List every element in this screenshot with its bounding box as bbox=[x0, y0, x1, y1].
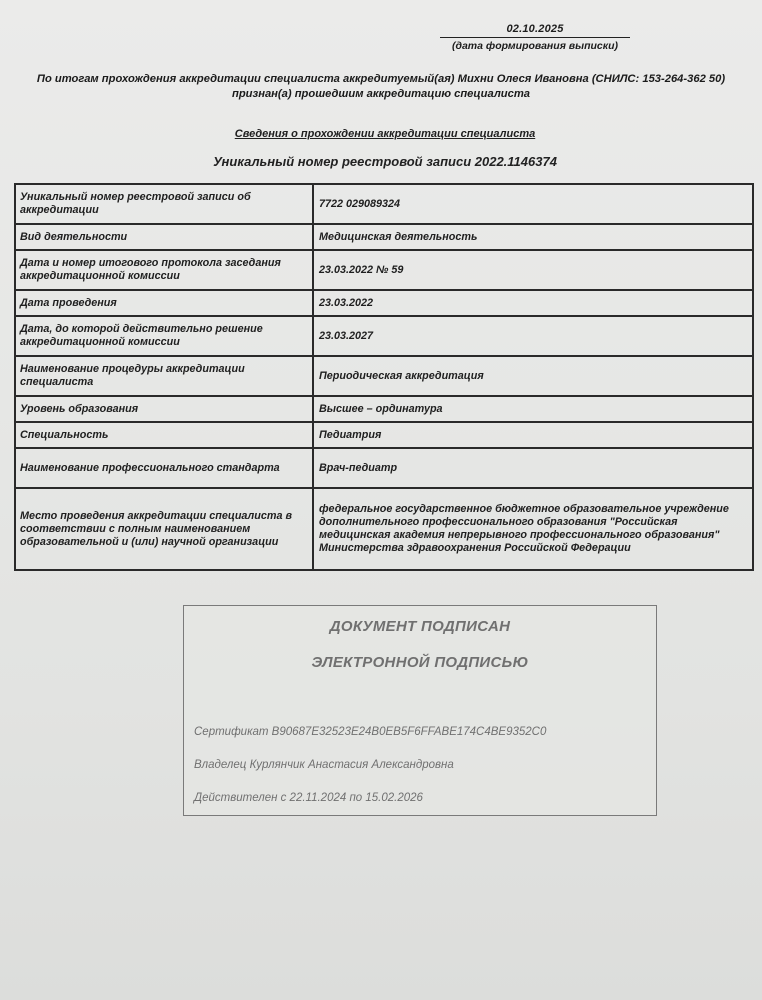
table-row: Дата проведения 23.03.2022 bbox=[15, 290, 753, 316]
row-value: Медицинская деятельность bbox=[313, 224, 753, 250]
section-title: Сведения о прохождении аккредитации спец… bbox=[0, 128, 762, 140]
row-label: Уникальный номер реестровой записи об ак… bbox=[15, 184, 313, 224]
row-value: Высшее – ординатура bbox=[313, 396, 753, 422]
row-label: Дата, до которой действительно решение а… bbox=[15, 316, 313, 356]
table-row: Специальность Педиатрия bbox=[15, 422, 753, 448]
table-row: Дата и номер итогового протокола заседан… bbox=[15, 250, 753, 290]
row-label: Место проведения аккредитации специалист… bbox=[15, 488, 313, 570]
table-row: Уникальный номер реестровой записи об ак… bbox=[15, 184, 753, 224]
row-value: 23.03.2022 bbox=[313, 290, 753, 316]
table-row: Уровень образования Высшее – ординатура bbox=[15, 396, 753, 422]
row-label: Дата и номер итогового протокола заседан… bbox=[15, 250, 313, 290]
certificate-number: Сертификат B90687E32523E24B0EB5F6FFABE17… bbox=[194, 726, 546, 738]
row-value: 23.03.2027 bbox=[313, 316, 753, 356]
table-row: Место проведения аккредитации специалист… bbox=[15, 488, 753, 570]
accreditation-details-table: Уникальный номер реестровой записи об ак… bbox=[14, 183, 754, 571]
extract-date: 02.10.2025 bbox=[440, 23, 630, 38]
electronic-signature-stamp: ДОКУМЕНТ ПОДПИСАН ЭЛЕКТРОННОЙ ПОДПИСЬЮ С… bbox=[183, 605, 657, 816]
table-row: Наименование профессионального стандарта… bbox=[15, 448, 753, 488]
row-value: 7722 029089324 bbox=[313, 184, 753, 224]
row-label: Вид деятельности bbox=[15, 224, 313, 250]
row-value: Врач-педиатр bbox=[313, 448, 753, 488]
table-row: Наименование процедуры аккредитации спец… bbox=[15, 356, 753, 396]
registry-number-heading: Уникальный номер реестровой записи 2022.… bbox=[0, 154, 762, 169]
intro-paragraph: По итогам прохождения аккредитации специ… bbox=[10, 72, 752, 102]
stamp-title-line-2: ЭЛЕКТРОННОЙ ПОДПИСЬЮ bbox=[184, 654, 656, 671]
row-label: Дата проведения bbox=[15, 290, 313, 316]
row-label: Наименование профессионального стандарта bbox=[15, 448, 313, 488]
row-value: федеральное государственное бюджетное об… bbox=[313, 488, 753, 570]
extract-date-block: 02.10.2025 (дата формирования выписки) bbox=[440, 23, 630, 52]
row-label: Наименование процедуры аккредитации спец… bbox=[15, 356, 313, 396]
row-label: Уровень образования bbox=[15, 396, 313, 422]
row-label: Специальность bbox=[15, 422, 313, 448]
row-value: 23.03.2022 № 59 bbox=[313, 250, 753, 290]
row-value: Педиатрия bbox=[313, 422, 753, 448]
accreditation-extract-document: 02.10.2025 (дата формирования выписки) П… bbox=[0, 0, 762, 1000]
row-value: Периодическая аккредитация bbox=[313, 356, 753, 396]
stamp-title-line-1: ДОКУМЕНТ ПОДПИСАН bbox=[184, 618, 656, 635]
table-row: Дата, до которой действительно решение а… bbox=[15, 316, 753, 356]
extract-date-caption: (дата формирования выписки) bbox=[440, 40, 630, 52]
certificate-validity: Действителен с 22.11.2024 по 15.02.2026 bbox=[194, 792, 423, 804]
certificate-owner: Владелец Курлянчик Анастасия Александров… bbox=[194, 759, 454, 771]
table-row: Вид деятельности Медицинская деятельност… bbox=[15, 224, 753, 250]
